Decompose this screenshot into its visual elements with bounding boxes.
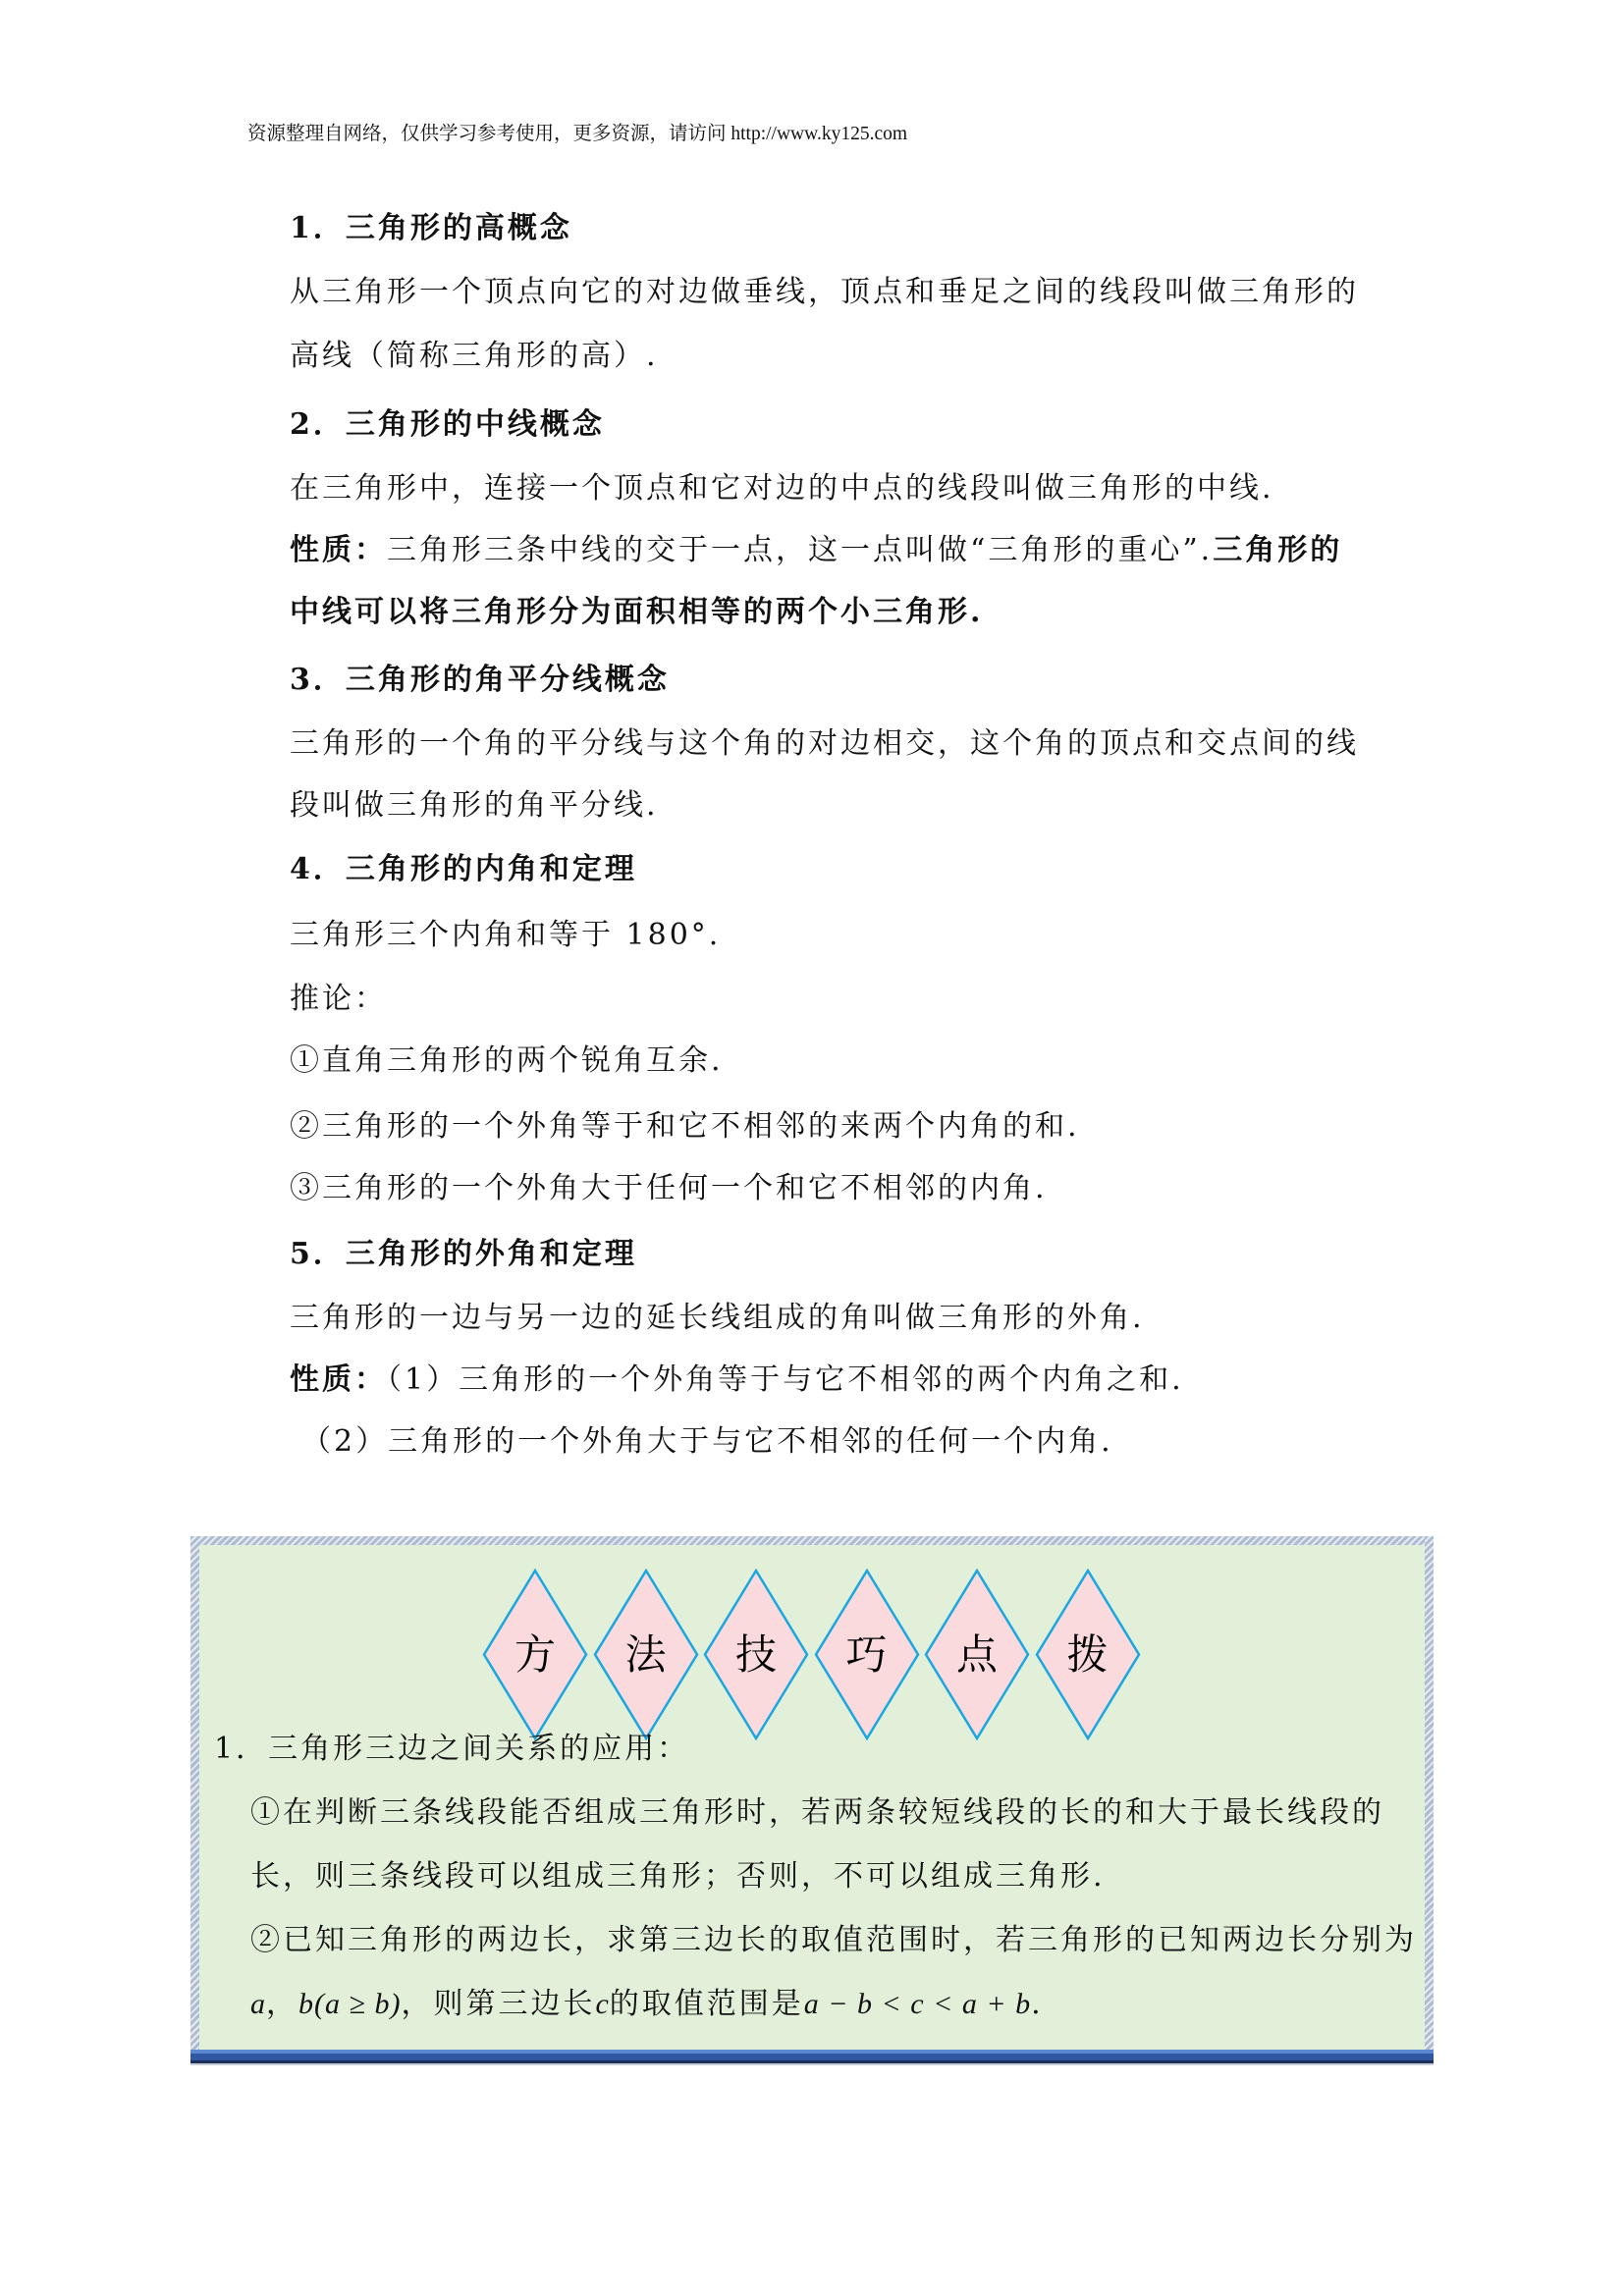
section-4-corollary-1: ①直角三角形的两个锐角互余. xyxy=(290,1029,724,1093)
title-diamond-3: 技 xyxy=(703,1569,809,1740)
section-2-property: 性质：三角形三条中线的交于一点，这一点叫做“三角形的重心”.三角形的 xyxy=(290,518,1342,582)
hatched-border-top xyxy=(190,1536,1434,1545)
property-label: 性质： xyxy=(290,1362,387,1397)
section-5-line-1: 三角形的一边与另一边的延长线组成的角叫做三角形的外角. xyxy=(290,1286,1145,1350)
section-2-property-line-2: 中线可以将三角形分为面积相等的两个小三角形. xyxy=(290,580,983,644)
title-char: 技 xyxy=(703,1569,809,1740)
title-char: 巧 xyxy=(814,1569,920,1740)
title-char: 拨 xyxy=(1035,1569,1141,1740)
page-header-notice: 资源整理自网络，仅供学习参考使用，更多资源，请访问 http://www.ky1… xyxy=(247,120,907,149)
property-bold-tail: 三角形的 xyxy=(1213,533,1342,567)
property-text: （1）三角形的一个外角等于与它不相邻的两个内角之和. xyxy=(387,1362,1184,1397)
title-char: 点 xyxy=(924,1569,1030,1740)
bottom-border-bar xyxy=(190,2050,1434,2065)
mid-text: ，则第三边长 xyxy=(401,1987,595,2021)
inequality: a − b < c < a + b xyxy=(804,1988,1031,2020)
section-1-line-2: 高线（简称三角形的高）. xyxy=(290,324,659,388)
section-4-corollary-label: 推论： xyxy=(290,967,387,1031)
title-diamond-1: 方 xyxy=(482,1569,588,1740)
hatched-border-right xyxy=(1425,1536,1434,2050)
title-diamond-5: 点 xyxy=(924,1569,1030,1740)
tips-point-2-line-2: a，b(a ≥ b)，则第三边长c的取值范围是a − b < c < a + b… xyxy=(250,1972,1044,2036)
section-3-line-1: 三角形的一个角的平分线与这个角的对边相交，这个角的顶点和交点间的线 xyxy=(290,712,1359,775)
tips-box: 方 法 技 巧 点 拨 1．三角形三边之间关系的应用： ①在判断三条线段能否组成… xyxy=(190,1536,1434,2065)
section-4-line-1: 三角形三个内角和等于 180°. xyxy=(290,903,721,967)
tips-item-heading: 1．三角形三边之间关系的应用： xyxy=(214,1717,689,1781)
title-diamond-2: 法 xyxy=(593,1569,699,1740)
tips-point-1-line-2: 长，则三条线段可以组成三角形；否则，不可以组成三角形. xyxy=(250,1844,1106,1908)
section-4-corollary-2: ②三角形的一个外角等于和它不相邻的来两个内角的和. xyxy=(290,1095,1080,1158)
tips-title: 方 法 技 巧 点 拨 xyxy=(482,1569,1150,1740)
section-1-line-1: 从三角形一个顶点向它的对边做垂线，顶点和垂足之间的线段叫做三角形的 xyxy=(290,260,1359,324)
section-5-property: 性质：（1）三角形的一个外角等于与它不相邻的两个内角之和. xyxy=(290,1348,1184,1412)
tips-point-1-line-1: ①在判断三条线段能否组成三角形时，若两条较短线段的长的和大于最长线段的 xyxy=(250,1781,1384,1844)
section-3-line-2: 段叫做三角形的角平分线. xyxy=(290,774,659,837)
property-text: 三角形三条中线的交于一点，这一点叫做“三角形的重心”. xyxy=(387,533,1213,567)
title-diamond-4: 巧 xyxy=(814,1569,920,1740)
tips-point-2-line-1: ②已知三角形的两边长，求第三边长的取值范围时，若三角形的已知两边长分别为 xyxy=(250,1908,1417,1972)
var-b-condition: b(a ≥ b) xyxy=(298,1988,401,2020)
var-a: a xyxy=(250,1988,266,2020)
section-2-line-1: 在三角形中，连接一个顶点和它对边的中点的线段叫做三角形的中线. xyxy=(290,456,1274,520)
title-char: 法 xyxy=(593,1569,699,1740)
property-label: 性质： xyxy=(290,533,387,567)
title-diamond-6: 拨 xyxy=(1035,1569,1141,1740)
separator: ， xyxy=(266,1987,298,2021)
section-4-corollary-3: ③三角形的一个外角大于任何一个和它不相邻的内角. xyxy=(290,1156,1048,1220)
end-period: . xyxy=(1031,1987,1044,2021)
section-3-heading: 3．三角形的角平分线概念 xyxy=(290,648,670,712)
var-c: c xyxy=(595,1988,609,2020)
title-char: 方 xyxy=(482,1569,588,1740)
section-2-heading: 2．三角形的中线概念 xyxy=(290,393,605,456)
hatched-border-left xyxy=(190,1536,199,2050)
section-1-heading: 1．三角形的高概念 xyxy=(290,196,572,260)
section-5-property-line-2: （2）三角形的一个外角大于与它不相邻的任何一个内角. xyxy=(301,1410,1113,1473)
range-text: 的取值范围是 xyxy=(610,1987,804,2021)
section-5-heading: 5．三角形的外角和定理 xyxy=(290,1222,637,1286)
section-4-heading: 4．三角形的内角和定理 xyxy=(290,837,637,901)
